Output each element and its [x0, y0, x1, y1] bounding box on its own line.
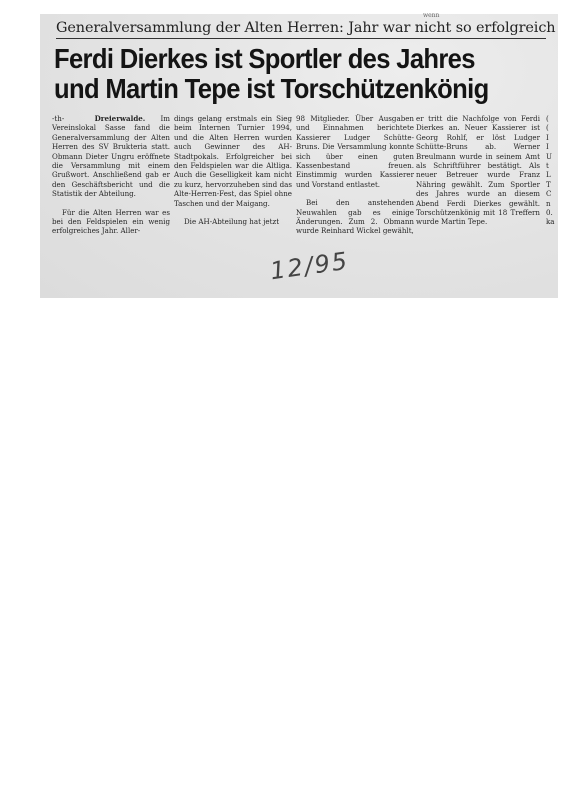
- column-paragraph: Für die Alten Herren war es bei den Feld…: [52, 208, 170, 236]
- article-column-4: er tritt die Nachfolge von Ferdi Dierkes…: [416, 114, 540, 227]
- cutoff-letter: L: [546, 170, 556, 179]
- article-column-1: -th- Dreierwalde. Im Vereinslokal Sasse …: [52, 114, 170, 236]
- byline: -th-: [52, 114, 64, 123]
- cutoff-letter: n: [546, 199, 556, 208]
- cutoff-letter: I: [546, 133, 556, 142]
- column-paragraph: 98 Mitglieder. Über Ausgaben und Einnahm…: [296, 114, 414, 189]
- article-headline: Ferdi Dierkes ist Sportler des Jahres un…: [54, 44, 519, 104]
- column-paragraph: Die AH-Abteilung hat jetzt: [174, 217, 292, 226]
- cutoff-letter: I: [546, 142, 556, 151]
- dateline: Dreierwalde.: [95, 114, 146, 123]
- column-paragraph: dings gelang erstmals ein Sieg beim Inte…: [174, 114, 292, 208]
- cutoff-letter: 0.: [546, 208, 556, 217]
- handwritten-date-annotation: 12/95: [268, 247, 350, 286]
- cutoff-letter: T: [546, 180, 556, 189]
- cutoff-letter: U: [546, 152, 556, 161]
- cutoff-letter: (: [546, 123, 556, 132]
- cutoff-letter: (: [546, 114, 556, 123]
- headline-line-1: Ferdi Dierkes ist Sportler des Jahres: [54, 44, 519, 74]
- paragraph-text: Im Vereinslokal Sasse fand die Generalve…: [52, 114, 170, 198]
- column-paragraph: -th- Dreierwalde. Im Vereinslokal Sasse …: [52, 114, 170, 199]
- article-kicker: Generalversammlung der Alten Herren: Jah…: [56, 20, 546, 39]
- cut-off-text-fragment: wenn: [423, 12, 439, 19]
- cutoff-letter: t: [546, 161, 556, 170]
- column-paragraph: Bei den anstehenden Neuwahlen gab es ein…: [296, 198, 414, 236]
- newspaper-clipping: wenn Generalversammlung der Alten Herren…: [40, 14, 558, 298]
- cutoff-letter: ka: [546, 217, 556, 226]
- article-column-2: dings gelang erstmals ein Sieg beim Inte…: [174, 114, 292, 226]
- cut-off-column: ( ( I I U t L T C n 0. ka: [546, 114, 556, 227]
- cutoff-letter: C: [546, 189, 556, 198]
- article-column-3: 98 Mitglieder. Über Ausgaben und Einnahm…: [296, 114, 414, 236]
- headline-line-2: und Martin Tepe ist Torschützenkönig: [54, 74, 519, 104]
- column-paragraph: er tritt die Nachfolge von Ferdi Dierkes…: [416, 114, 540, 227]
